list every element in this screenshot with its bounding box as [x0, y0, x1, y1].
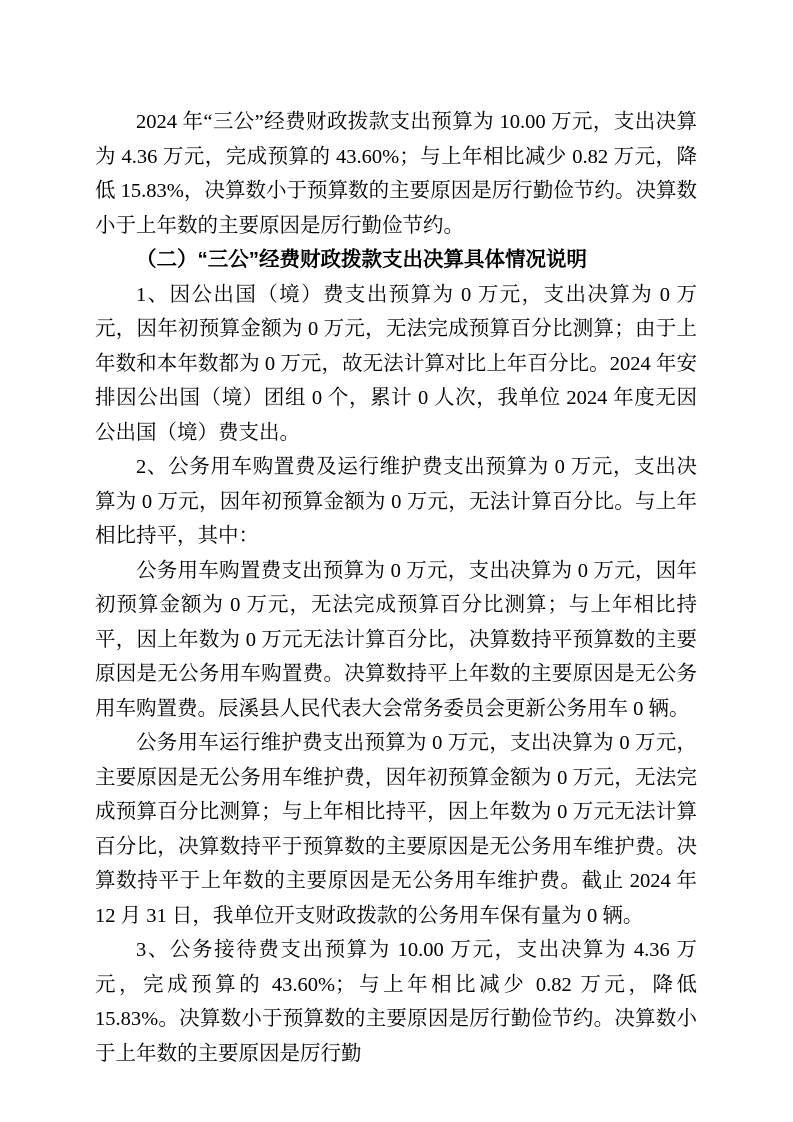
- paragraph-overseas-travel: 1、因公出国（境）费支出预算为 0 万元，支出决算为 0 万元，因年初预算金额为…: [95, 278, 697, 451]
- document-text-block: 2024 年“三公”经费财政拨款支出预算为 10.00 万元，支出决算为 4.3…: [95, 105, 697, 1071]
- paragraph-vehicle-maintenance: 公务用车运行维护费支出预算为 0 万元，支出决算为 0 万元，主要原因是无公务用…: [95, 726, 697, 933]
- paragraph-vehicle-purchase: 公务用车购置费支出预算为 0 万元，支出决算为 0 万元，因年初预算金额为 0 …: [95, 554, 697, 727]
- paragraph-vehicles-total: 2、公务用车购置费及运行维护费支出预算为 0 万元，支出决算为 0 万元，因年初…: [95, 450, 697, 554]
- document-page: 2024 年“三公”经费财政拨款支出预算为 10.00 万元，支出决算为 4.3…: [0, 0, 793, 1122]
- paragraph-threegong-summary: 2024 年“三公”经费财政拨款支出预算为 10.00 万元，支出决算为 4.3…: [95, 105, 697, 243]
- section-heading: （二）“三公”经费财政拨款支出决算具体情况说明: [95, 243, 697, 278]
- paragraph-official-reception: 3、公务接待费支出预算为 10.00 万元，支出决算为 4.36 万元，完成预算…: [95, 933, 697, 1071]
